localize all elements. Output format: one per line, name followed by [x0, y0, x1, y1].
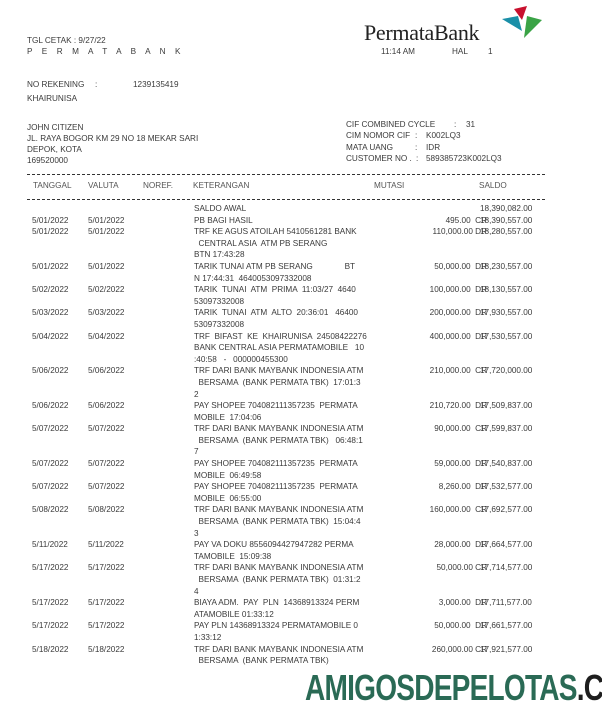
bank-logo-text: PermataBank: [364, 21, 479, 45]
row-balance: 18,230,557.00: [480, 261, 532, 273]
row-date: 5/03/2022: [32, 307, 68, 319]
row-balance: 17,921,577.00: [480, 644, 532, 656]
row-balance: 17,711,577.00: [480, 597, 532, 609]
row-date: 5/02/2022: [32, 284, 68, 296]
row-date: 5/17/2022: [32, 620, 68, 632]
row-date: 5/07/2022: [32, 481, 68, 493]
row-balance: 18,280,557.00: [480, 226, 532, 238]
row-valuta: 5/17/2022: [88, 562, 124, 574]
row-date: 5/07/2022: [32, 423, 68, 435]
row-balance: 17,661,577.00: [480, 620, 532, 632]
cif-row: CIM NOMOR CIF : K002LQ3: [346, 130, 546, 141]
row-description: TRF KE AGUS ATOILAH 5410561281 BANK CENT…: [194, 226, 366, 261]
row-valuta: 5/17/2022: [88, 620, 124, 632]
table-row: 5/11/20225/11/2022PAY VA DOKU 8556094427…: [0, 539, 602, 562]
table-row: 5/01/20225/01/2022TARIK TUNAI ATM PB SER…: [0, 261, 602, 284]
row-date: 5/01/2022: [32, 226, 68, 238]
table-row: 5/18/20225/18/2022TRF DARI BANK MAYBANK …: [0, 644, 602, 667]
row-balance: 17,509,837.00: [480, 400, 532, 412]
row-mutation: 160,000.00 CR: [430, 504, 487, 516]
transaction-table: SALDO AWAL18,390,082.005/01/20225/01/202…: [0, 203, 602, 667]
table-row: 5/02/20225/02/2022TARIK TUNAI ATM PRIMA …: [0, 284, 602, 307]
row-valuta: 5/18/2022: [88, 644, 124, 656]
col-header-description: KETERANGAN: [193, 181, 249, 190]
table-row: 5/17/20225/17/2022PAY PLN 14368913324 PE…: [0, 620, 602, 643]
col-header-valuta: VALUTA: [88, 181, 119, 190]
table-row: 5/17/20225/17/2022BIAYA ADM. PAY PLN 143…: [0, 597, 602, 620]
row-description: TRF DARI BANK MAYBANK INDONESIA ATM BERS…: [194, 644, 366, 667]
col-header-balance: SALDO: [479, 181, 507, 190]
separator-line: [27, 174, 545, 175]
row-valuta: 5/03/2022: [88, 307, 124, 319]
cif-info: CIF COMBINED CYCLE : 31 CIM NOMOR CIF : …: [346, 119, 546, 165]
row-description: PAY VA DOKU 8556094427947282 PERMA TAMOB…: [194, 539, 366, 562]
row-description: PAY SHOPEE 704082111357235 PERMATA MOBIL…: [194, 458, 366, 481]
row-balance: 17,692,577.00: [480, 504, 532, 516]
row-valuta: 5/07/2022: [88, 423, 124, 435]
account-label: NO REKENING: [27, 80, 84, 90]
row-description: PB BAGI HASIL: [194, 215, 366, 227]
table-row: SALDO AWAL18,390,082.00: [0, 203, 602, 215]
row-balance: 17,720,000.00: [480, 365, 532, 377]
table-row: 5/07/20225/07/2022PAY SHOPEE 70408211135…: [0, 481, 602, 504]
row-valuta: 5/07/2022: [88, 458, 124, 470]
row-date: 5/08/2022: [32, 504, 68, 516]
page-number: 1: [488, 47, 493, 57]
row-valuta: 5/06/2022: [88, 365, 124, 377]
row-mutation: 210,720.00 DR: [430, 400, 487, 412]
postal-code: 169520000: [27, 155, 198, 166]
table-row: 5/08/20225/08/2022TRF DARI BANK MAYBANK …: [0, 504, 602, 539]
row-valuta: 5/04/2022: [88, 331, 124, 343]
row-date: 5/07/2022: [32, 458, 68, 470]
row-date: 5/18/2022: [32, 644, 68, 656]
address-line-1: JL. RAYA BOGOR KM 29 NO 18 MEKAR SARI: [27, 133, 198, 144]
row-balance: 17,599,837.00: [480, 423, 532, 435]
row-description: SALDO AWAL: [194, 203, 366, 215]
page-label: HAL: [452, 47, 468, 57]
row-balance: 17,930,557.00: [480, 307, 532, 319]
table-row: 5/07/20225/07/2022PAY SHOPEE 70408211135…: [0, 458, 602, 481]
watermark-green: AMIGOSDEPELOTAS: [305, 667, 577, 708]
row-date: 5/04/2022: [32, 331, 68, 343]
watermark: AMIGOSDEPELOTAS.COM: [305, 668, 602, 708]
col-header-date: TANGGAL: [33, 181, 72, 190]
row-balance: 17,530,557.00: [480, 331, 532, 343]
row-mutation: 260,000.00 CR: [432, 644, 487, 656]
row-valuta: 5/08/2022: [88, 504, 124, 516]
row-valuta: 5/01/2022: [88, 215, 124, 227]
row-description: TARIK TUNAI ATM PB SERANG BT N 17:44:31 …: [194, 261, 366, 284]
row-description: TARIK TUNAI ATM PRIMA 11:03/27 4640 5309…: [194, 284, 366, 307]
row-date: 5/17/2022: [32, 597, 68, 609]
row-balance: 17,664,577.00: [480, 539, 532, 551]
account-colon: :: [95, 80, 97, 90]
row-balance: 17,540,837.00: [480, 458, 532, 470]
table-row: 5/04/20225/04/2022TRF BIFAST KE KHAIRUNI…: [0, 331, 602, 366]
address-line-2: DEPOK, KOTA: [27, 144, 198, 155]
row-date: 5/01/2022: [32, 261, 68, 273]
table-row: 5/03/20225/03/2022TARIK TUNAI ATM ALTO 2…: [0, 307, 602, 330]
account-number: 1239135419: [133, 80, 179, 90]
row-mutation: 400,000.00 DR: [430, 331, 487, 343]
row-description: TRF DARI BANK MAYBANK INDONESIA ATM BERS…: [194, 504, 366, 539]
row-description: BIAYA ADM. PAY PLN 14368913324 PERM ATAM…: [194, 597, 366, 620]
row-mutation: 110,000.00 DR: [433, 226, 487, 238]
row-balance: 18,390,557.00: [480, 215, 532, 227]
row-mutation: 100,000.00 DR: [430, 284, 487, 296]
row-date: 5/11/2022: [32, 539, 68, 551]
col-header-noref: NOREF.: [143, 181, 173, 190]
row-balance: 18,130,557.00: [480, 284, 532, 296]
row-description: PAY SHOPEE 704082111357235 PERMATA MOBIL…: [194, 481, 366, 504]
row-balance: 17,714,577.00: [480, 562, 532, 574]
row-description: TRF DARI BANK MAYBANK INDONESIA ATM BERS…: [194, 423, 366, 458]
account-name: KHAIRUNISA: [27, 94, 77, 104]
cif-row: CUSTOMER NO . : 589385723K002LQ3: [346, 153, 546, 164]
row-valuta: 5/01/2022: [88, 226, 124, 238]
watermark-dark: .COM: [577, 667, 602, 708]
row-valuta: 5/17/2022: [88, 597, 124, 609]
row-date: 5/01/2022: [32, 215, 68, 227]
row-description: PAY SHOPEE 704082111357235 PERMATA MOBIL…: [194, 400, 366, 423]
table-row: 5/07/20225/07/2022TRF DARI BANK MAYBANK …: [0, 423, 602, 458]
row-balance: 18,390,082.00: [480, 203, 532, 215]
table-row: 5/06/20225/06/2022PAY SHOPEE 70408211135…: [0, 400, 602, 423]
col-header-mutation: MUTASI: [374, 181, 404, 190]
row-date: 5/06/2022: [32, 365, 68, 377]
table-row: 5/17/20225/17/2022TRF DARI BANK MAYBANK …: [0, 562, 602, 597]
customer-name: JOHN CITIZEN: [27, 122, 198, 133]
row-date: 5/17/2022: [32, 562, 68, 574]
print-time: 11:14 AM: [381, 47, 415, 57]
table-row: 5/01/20225/01/2022TRF KE AGUS ATOILAH 54…: [0, 226, 602, 261]
customer-address: JOHN CITIZEN JL. RAYA BOGOR KM 29 NO 18 …: [27, 122, 198, 166]
row-mutation: 210,000.00 CR: [430, 365, 487, 377]
print-date: TGL CETAK : 9/27/22: [27, 36, 106, 46]
row-valuta: 5/01/2022: [88, 261, 124, 273]
separator-line: [27, 199, 545, 200]
table-row: 5/06/20225/06/2022TRF DARI BANK MAYBANK …: [0, 365, 602, 400]
cif-row: MATA UANG : IDR: [346, 142, 546, 153]
row-valuta: 5/07/2022: [88, 481, 124, 493]
row-balance: 17,532,577.00: [480, 481, 532, 493]
row-description: TRF DARI BANK MAYBANK INDONESIA ATM BERS…: [194, 562, 366, 597]
cif-row: CIF COMBINED CYCLE : 31: [346, 119, 546, 130]
row-description: PAY PLN 14368913324 PERMATAMOBILE 0 1:33…: [194, 620, 366, 643]
row-description: TRF DARI BANK MAYBANK INDONESIA ATM BERS…: [194, 365, 366, 400]
row-date: 5/06/2022: [32, 400, 68, 412]
row-valuta: 5/11/2022: [88, 539, 124, 551]
bank-name: P E R M A T A B A N K: [27, 47, 184, 57]
row-valuta: 5/02/2022: [88, 284, 124, 296]
row-description: TRF BIFAST KE KHAIRUNISA 24508422276 BAN…: [194, 331, 366, 366]
permata-logo-icon: [500, 6, 544, 44]
row-valuta: 5/06/2022: [88, 400, 124, 412]
row-mutation: 200,000.00 DR: [430, 307, 487, 319]
row-description: TARIK TUNAI ATM ALTO 20:36:01 46400 5309…: [194, 307, 366, 330]
table-row: 5/01/20225/01/2022PB BAGI HASIL495.00 CR…: [0, 215, 602, 227]
